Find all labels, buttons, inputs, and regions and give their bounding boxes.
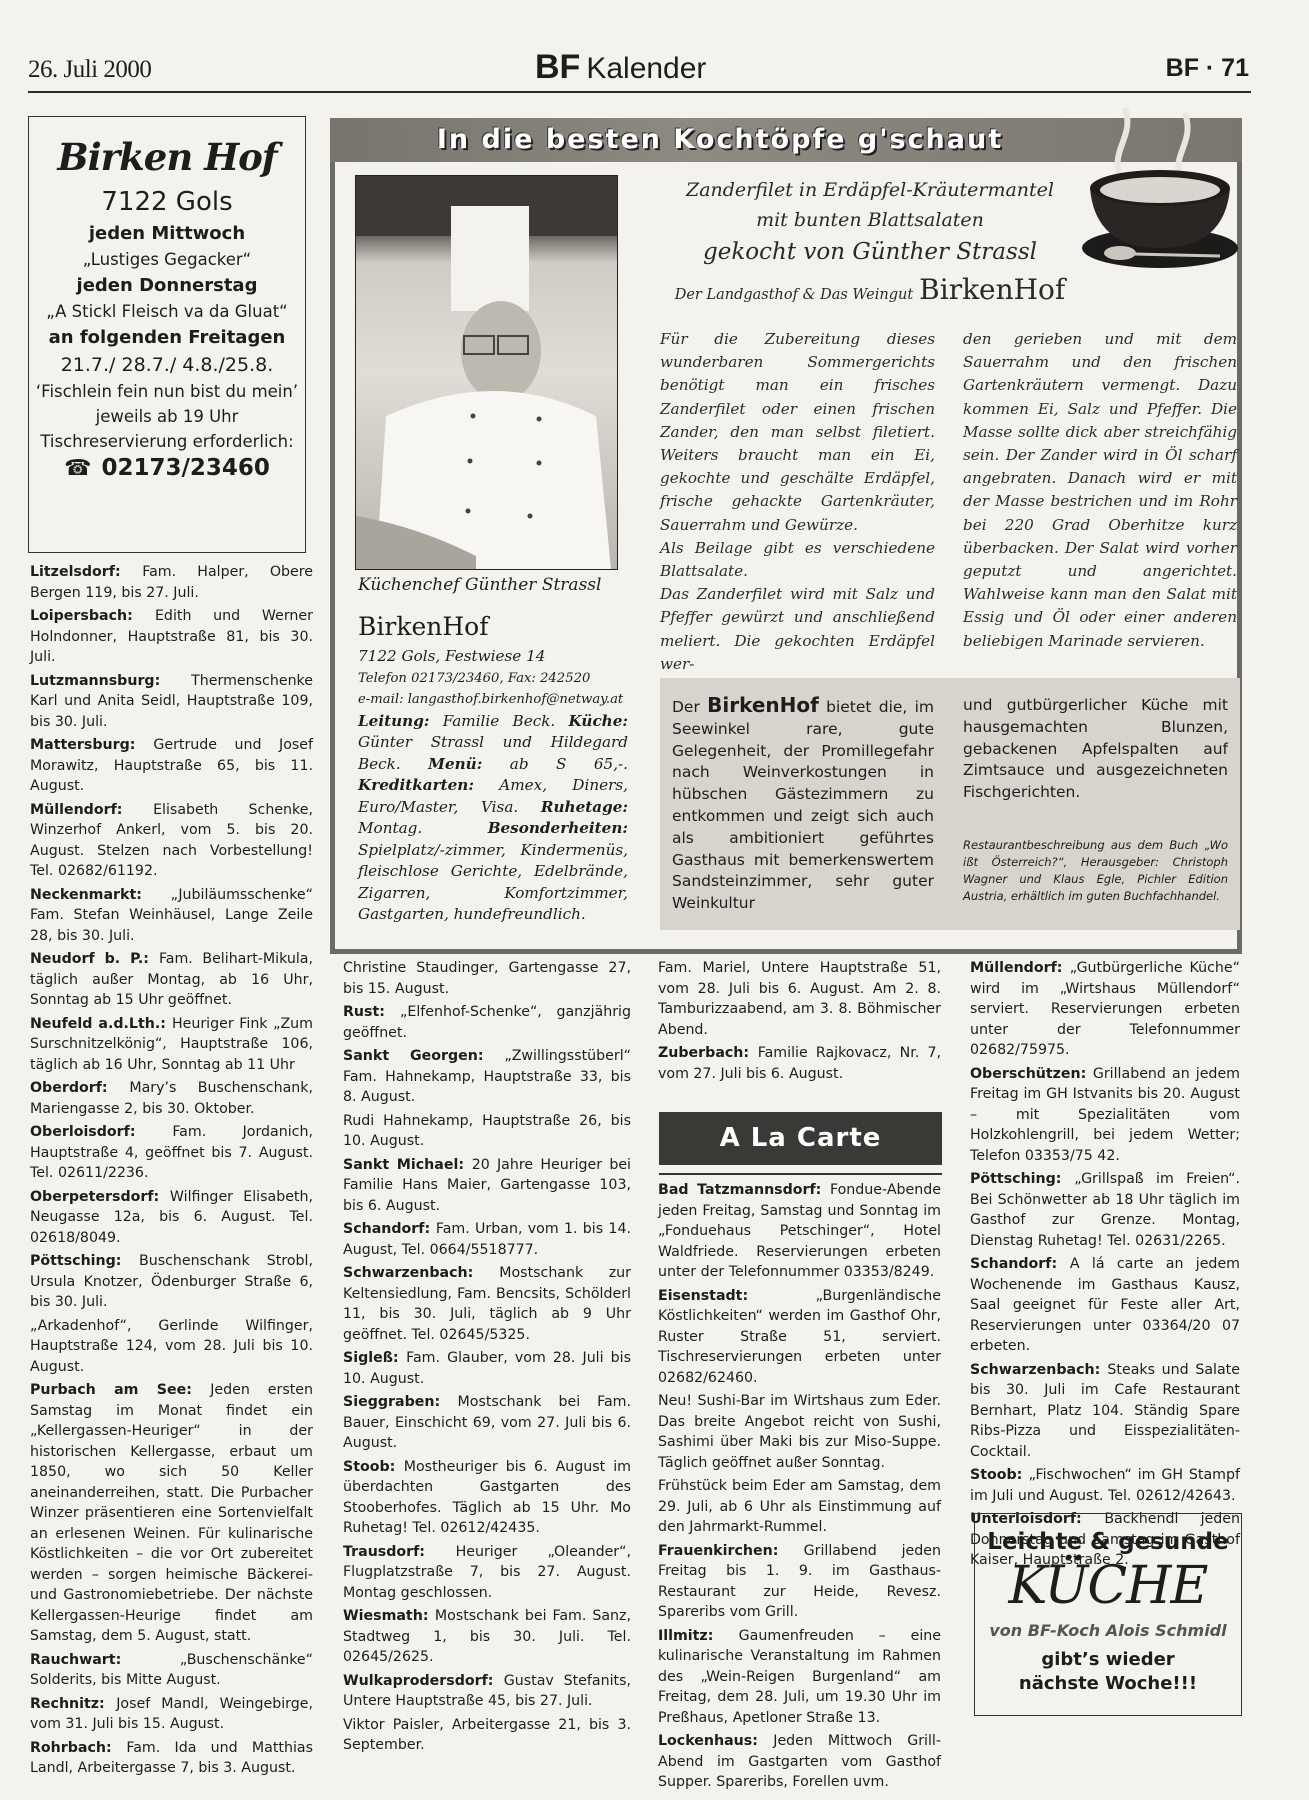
advert-logo: Birken Hof [29, 135, 305, 179]
listing-place: Oberloisdorf: [30, 1124, 172, 1140]
chef-photo [355, 175, 618, 570]
advert-phone: ☎02173/23460 [29, 455, 305, 481]
listing-place: Neudorf b. P.: [30, 951, 159, 967]
listing-text: Jeden ersten Samstag im Monat findet ein… [30, 1382, 313, 1644]
listing-entry: Sankt Georgen: „Zwillingsstüberl“ Fam. H… [343, 1046, 631, 1108]
listing-entry: Purbach am See: Jeden ersten Samstag im … [30, 1380, 313, 1647]
review-brand: BirkenHof [707, 693, 819, 717]
listing-place: Illmitz: [658, 1628, 739, 1644]
recipe-paragraph: Für die Zubereitung dieses wunderbaren S… [660, 328, 935, 537]
listing-entry: Neu! Sushi-Bar im Wirtshaus zum Eder. Da… [658, 1391, 941, 1473]
dish-chef-line: gekocht von Günther Strassl [650, 235, 1090, 269]
listing-place: Frauenkirchen: [658, 1543, 804, 1559]
a-la-carte-heading: A La Carte [659, 1112, 942, 1165]
listing-place: Schandorf: [970, 1256, 1070, 1272]
listings-column-3: Fam. Mariel, Untere Hauptstraße 51, vom … [658, 958, 941, 1087]
listing-place: Purbach am See: [30, 1382, 210, 1398]
dish-title-line2: mit bunten Blattsalaten [650, 205, 1090, 235]
listing-place: Rauchwart: [30, 1652, 180, 1668]
listing-entry: Frühstück beim Eder am Samstag, dem 29. … [658, 1476, 941, 1538]
recipe-paragraph: den gerieben und mit dem Sauerrahm und d… [963, 328, 1237, 653]
review-column-1: Der BirkenHof bietet die, im Seewinkel r… [672, 695, 934, 915]
a-la-carte-column-2: Müllendorf: „Gutbürgerliche Küche“ wird … [970, 958, 1240, 1574]
birkenhof-advert: Birken Hof 7122 Gols jeden Mittwoch „Lus… [28, 116, 306, 553]
listing-entry: Oberdorf: Mary’s Buschenschank, Marienga… [30, 1078, 313, 1119]
listing-place: Sieggraben: [343, 1394, 458, 1410]
venue-name: BirkenHof [919, 273, 1065, 306]
teaser-line5: nächste Woche!!! [975, 1672, 1241, 1696]
listing-entry: Rohrbach: Fam. Ida und Matthias Landl, A… [30, 1738, 313, 1779]
listing-entry: Wulkaprodersdorf: Gustav Stefanits, Unte… [343, 1671, 631, 1712]
review-prefix: Der [672, 698, 700, 716]
chef-portrait-image [356, 176, 617, 569]
advert-city: 7122 Gols [29, 187, 305, 217]
restaurant-email[interactable]: e-mail: langasthof.birkenhof@netway.at [358, 689, 628, 711]
section-name: Kalender [586, 52, 706, 85]
teaser-line4: gibt’s wieder [975, 1648, 1241, 1672]
listing-entry: Rudi Hahnekamp, Hauptstraße 26, bis 10. … [343, 1111, 631, 1152]
listing-place: Rust: [343, 1004, 400, 1020]
listing-text: Viktor Paisler, Arbeitergasse 21, bis 3.… [343, 1717, 631, 1754]
listing-place: Neckenmarkt: [30, 887, 171, 903]
listing-entry: Neufeld a.d.Lth.: Heuriger Fink „Zum Sur… [30, 1014, 313, 1076]
listing-entry: Sigleß: Fam. Glauber, vom 28. Juli bis 1… [343, 1348, 631, 1389]
section-title: BFKalender [535, 48, 706, 87]
advert-thu-label: jeden Donnerstag [29, 275, 305, 296]
recipe-paragraph: Als Beilage gibt es verschiedene Blattsa… [660, 537, 935, 583]
listing-entry: Oberloisdorf: Fam. Jordanich, Hauptstraß… [30, 1122, 313, 1184]
listing-place: Stoob: [343, 1459, 404, 1475]
advert-wed-label: jeden Mittwoch [29, 223, 305, 244]
listing-text: „Arkadenhof“, Gerlinde Wilfinger, Haupts… [30, 1318, 313, 1375]
review-source: Restaurantbeschreibung aus dem Buch „Wo … [963, 837, 1228, 905]
review-text-1: bietet die, im Seewinkel rare, gute Gele… [672, 698, 934, 912]
issue-date: 26. Juli 2000 [28, 56, 151, 84]
listing-entry: Sankt Michael: 20 Jahre Heuriger bei Fam… [343, 1155, 631, 1217]
listing-entry: Neckenmarkt: „Jubiläumsschenke“ Fam. Ste… [30, 885, 313, 947]
advert-fri-event: ‘Fischlein fein nun bist du mein’ [29, 382, 305, 401]
listing-entry: Schwarzenbach: Mostschank zur Keltensied… [343, 1263, 631, 1345]
leitung-value: Familie Beck. [443, 712, 556, 730]
listing-place: Schandorf: [343, 1221, 436, 1237]
teaser-author: von BF-Koch Alois Schmidl [975, 1621, 1241, 1640]
listing-place: Sankt Michael: [343, 1157, 472, 1173]
soup-bowl-icon [1080, 98, 1240, 278]
listing-text: Christine Staudinger, Gartengasse 27, bi… [343, 960, 631, 997]
cards-label: Kreditkarten: [358, 776, 474, 794]
a-la-carte-rule [659, 1173, 942, 1175]
listing-entry: Pöttsching: „Grillspaß im Freien“. Bei S… [970, 1169, 1240, 1251]
listing-place: Lutzmannsburg: [30, 673, 191, 689]
advert-phone-number: 02173/23460 [101, 455, 269, 481]
listing-place: Lockenhaus: [658, 1733, 773, 1749]
recipe-column-2: den gerieben und mit dem Sauerrahm und d… [963, 328, 1237, 653]
review-column-2: und gutbürgerlicher Küche mit hausgemach… [963, 695, 1228, 804]
listing-entry: Rust: „Elfenhof-Schenke“, ganzjährig geö… [343, 1002, 631, 1043]
listing-entry: Sieggraben: Mostschank bei Fam. Bauer, E… [343, 1392, 631, 1454]
listing-entry: „Arkadenhof“, Gerlinde Wilfinger, Haupts… [30, 1316, 313, 1378]
page-number: BF · 71 [1166, 54, 1249, 83]
listing-entry: Schwarzenbach: Steaks und Salate bis 30.… [970, 1360, 1240, 1463]
a-la-carte-column-1: Bad Tatzmannsdorf: Fondue-Abende jeden F… [658, 1180, 941, 1796]
listing-entry: Trausdorf: Heuriger „Oleander“, Flugplat… [343, 1542, 631, 1604]
listing-entry: Müllendorf: Elisabeth Schenke, Winzerhof… [30, 800, 313, 882]
listing-place: Schwarzenbach: [970, 1362, 1107, 1378]
listing-entry: Oberschützen: Grillabend an jedem Freita… [970, 1064, 1240, 1167]
advert-wed-event: „Lustiges Gegacker“ [29, 250, 305, 269]
special-value: Spielplatz/-zimmer, Kindermenüs, fleisch… [358, 841, 628, 924]
advert-thu-event: „A Stickl Fleisch va da Gluat“ [29, 302, 305, 321]
listings-column-2: Christine Staudinger, Gartengasse 27, bi… [343, 958, 631, 1759]
listing-entry: Christine Staudinger, Gartengasse 27, bi… [343, 958, 631, 999]
listing-place: Rechnitz: [30, 1696, 116, 1712]
listing-text: Frühstück beim Eder am Samstag, dem 29. … [658, 1478, 941, 1535]
listing-place: Eisenstadt: [658, 1288, 816, 1304]
listing-text: Rudi Hahnekamp, Hauptstraße 26, bis 10. … [343, 1113, 631, 1150]
teaser-line1: Leichte & gesunde [975, 1529, 1241, 1555]
listing-entry: Schandorf: A lá carte an jedem Wochenend… [970, 1254, 1240, 1357]
listing-entry: Zuberbach: Familie Rajkovacz, Nr. 7, vom… [658, 1043, 941, 1084]
kueche-teaser-box: Leichte & gesunde KÜCHE von BF-Koch Aloi… [974, 1513, 1242, 1716]
listing-entry: Oberpetersdorf: Wilfinger Elisabeth, Neu… [30, 1187, 313, 1249]
listing-text: Fam. Mariel, Untere Hauptstraße 51, vom … [658, 960, 941, 1038]
listing-entry: Stoob: „Fischwochen“ im GH Stampf im Jul… [970, 1465, 1240, 1506]
listing-place: Pöttsching: [970, 1171, 1074, 1187]
venue-line: Der Landgasthof & Das WeingutBirkenHof [650, 273, 1090, 306]
listing-place: Oberpetersdorf: [30, 1189, 170, 1205]
rest-value: Montag. [358, 819, 422, 837]
listing-place: Litzelsdorf: [30, 564, 142, 580]
listing-entry: Lockenhaus: Jeden Mittwoch Grill-Abend i… [658, 1731, 941, 1793]
listing-place: Rohrbach: [30, 1740, 126, 1756]
restaurant-phone: Telefon 02173/23460, Fax: 242520 [358, 668, 628, 690]
listing-place: Oberschützen: [970, 1066, 1093, 1082]
kueche-label: Küche: [569, 712, 628, 730]
listing-entry: Neudorf b. P.: Fam. Belihart-Mikula, täg… [30, 949, 313, 1011]
listing-place: Wulkaprodersdorf: [343, 1673, 504, 1689]
advert-fri-dates: 21.7./ 28.7./ 4.8./25.8. [29, 354, 305, 376]
listing-entry: Stoob: Mostheuriger bis 6. August im übe… [343, 1457, 631, 1539]
menu-value: ab S 65,-. [510, 755, 628, 773]
header-rule [28, 91, 1251, 93]
advert-reservation: Tischreservierung erforderlich: [29, 432, 305, 451]
listing-place: Bad Tatzmannsdorf: [658, 1182, 830, 1198]
listing-entry: Bad Tatzmannsdorf: Fondue-Abende jeden F… [658, 1180, 941, 1283]
listing-place: Zuberbach: [658, 1045, 758, 1061]
listing-entry: Frauenkirchen: Grillabend jeden Freitag … [658, 1541, 941, 1623]
restaurant-address: 7122 Gols, Festwiese 14 [358, 646, 628, 668]
listing-entry: Litzelsdorf: Fam. Halper, Obere Bergen 1… [30, 562, 313, 603]
special-label: Besonderheiten: [488, 819, 628, 837]
restaurant-name: BirkenHof [358, 610, 628, 644]
listing-entry: Illmitz: Gaumenfreuden – eine kulinarisc… [658, 1626, 941, 1729]
listing-entry: Müllendorf: „Gutbürgerliche Küche“ wird … [970, 958, 1240, 1061]
restaurant-info: BirkenHof 7122 Gols, Festwiese 14 Telefo… [358, 610, 628, 926]
listing-place: Schwarzenbach: [343, 1265, 499, 1281]
telephone-icon: ☎ [64, 456, 91, 481]
restaurant-details: Leitung: Familie Beck. Küche: Günter Str… [358, 711, 628, 926]
listing-place: Loipersbach: [30, 608, 155, 624]
listing-place: Oberdorf: [30, 1080, 129, 1096]
recipe-paragraph: Das Zanderfilet wird mit Salz und Pfeffe… [660, 583, 935, 676]
listing-entry: Loipersbach: Edith und Werner Holndonner… [30, 606, 313, 668]
dish-title-line1: Zanderfilet in Erdäpfel-Kräutermantel [650, 175, 1090, 205]
listing-entry: Fam. Mariel, Untere Hauptstraße 51, vom … [658, 958, 941, 1040]
listing-text: Neu! Sushi-Bar im Wirtshaus zum Eder. Da… [658, 1393, 941, 1471]
dish-heading: Zanderfilet in Erdäpfel-Kräutermantel mi… [650, 175, 1090, 306]
listing-place: Neufeld a.d.Lth.: [30, 1016, 172, 1032]
listing-entry: Lutzmannsburg: Thermenschenke Karl und A… [30, 671, 313, 733]
listing-place: Wiesmath: [343, 1608, 435, 1624]
listing-place: Müllendorf: [30, 802, 153, 818]
feature-banner-title: In die besten Kochtöpfe g'schaut [330, 118, 1110, 162]
listings-column-1: Litzelsdorf: Fam. Halper, Obere Bergen 1… [30, 562, 313, 1782]
listing-place: Trausdorf: [343, 1544, 456, 1560]
listing-entry: Rechnitz: Josef Mandl, Weingebirge, vom … [30, 1694, 313, 1735]
listing-entry: Rauchwart: „Buschenschänke“ Solderits, b… [30, 1650, 313, 1691]
listing-entry: Mattersburg: Gertrude und Josef Morawitz… [30, 735, 313, 797]
listing-entry: Pöttsching: Buschenschank Strobl, Ursula… [30, 1251, 313, 1313]
leitung-label: Leitung: [358, 712, 429, 730]
listing-place: Sigleß: [343, 1350, 406, 1366]
rest-label: Ruhetage: [541, 798, 628, 816]
listing-place: Stoob: [970, 1467, 1029, 1483]
listing-place: Müllendorf: [970, 960, 1070, 976]
listing-entry: Schandorf: Fam. Urban, vom 1. bis 14. Au… [343, 1219, 631, 1260]
listing-place: Pöttsching: [30, 1253, 139, 1269]
brand-logo: BF [535, 48, 580, 86]
advert-fri-label: an folgenden Freitagen [29, 327, 305, 348]
teaser-headline: KÜCHE [975, 1555, 1241, 1617]
venue-prefix: Der Landgasthof & Das Weingut [675, 287, 913, 303]
listing-entry: Eisenstadt: „Burgenländische Köstlichkei… [658, 1286, 941, 1389]
listing-entry: Viktor Paisler, Arbeitergasse 21, bis 3.… [343, 1715, 631, 1756]
advert-time: jeweils ab 19 Uhr [29, 407, 305, 426]
listing-entry: Wiesmath: Mostschank bei Fam. Sanz, Stad… [343, 1606, 631, 1668]
photo-caption: Küchenchef Günther Strassl [358, 575, 601, 595]
menu-label: Menü: [428, 755, 482, 773]
listing-place: Mattersburg: [30, 737, 153, 753]
recipe-column-1: Für die Zubereitung dieses wunderbaren S… [660, 328, 935, 676]
listing-place: Sankt Georgen: [343, 1048, 504, 1064]
